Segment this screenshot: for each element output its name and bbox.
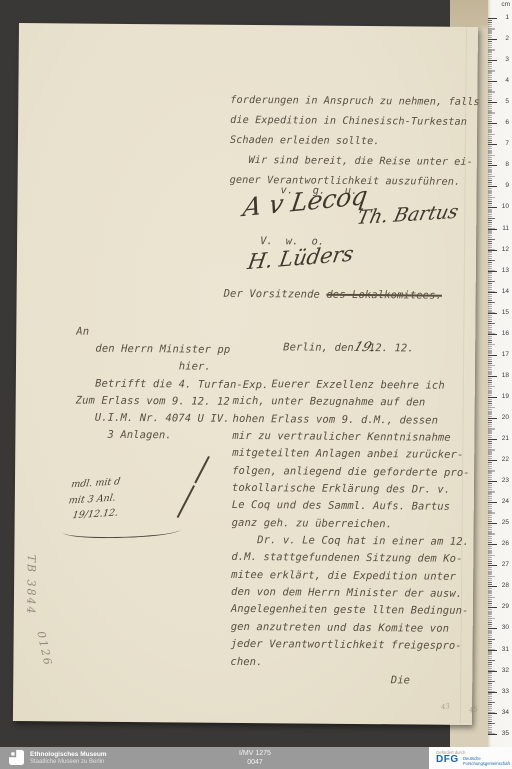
ruler-cm-mark-3: 3: [488, 56, 512, 65]
date-day-handwritten: 19.: [351, 340, 371, 355]
ruler-cm-mark-27: 27: [488, 561, 512, 570]
archive-page-number: 0047: [228, 758, 282, 767]
chairman-prefix: Der Vorsitzende: [224, 288, 327, 301]
margin-slash-mark-1: [194, 456, 209, 483]
dfg-logo-icon: DFG: [436, 754, 459, 765]
ruler-cm-mark-14: 14: [488, 288, 512, 297]
archive-reference-number: I/MV 1275: [228, 749, 282, 758]
ruler-cm-mark-25: 25: [488, 519, 512, 528]
ruler-cm-mark-5: 5: [488, 98, 512, 107]
pencil-archive-number-vertical: TB 3844: [24, 555, 38, 617]
ruler-cm-mark-23: 23: [488, 477, 512, 486]
ruler-cm-mark-17: 17: [488, 351, 512, 360]
chairman-struck-text: des Lokalkomitees.: [326, 289, 442, 302]
ruler-cm-mark-29: 29: [488, 603, 512, 612]
ruler-cm-mark-11: 11: [488, 225, 512, 234]
ruler-cm-mark-6: 6: [488, 119, 512, 128]
signature-bartus: Th. Bartus: [355, 201, 461, 230]
pencil-folio-number-vertical: 0126: [34, 630, 58, 686]
ruler-cm-mark-18: 18: [488, 372, 512, 381]
ruler-cm-mark-26: 26: [488, 540, 512, 549]
dfg-full-name: Deutsche Forschungsgemeinschaft: [463, 756, 510, 766]
ruler-cm-mark-22: 22: [488, 456, 512, 465]
scanned-archive-page: { "letter": { "upper_paragraph": [ "ford…: [0, 0, 512, 769]
measurement-ruler: cm 1234567891011121314151617181920212223…: [488, 0, 512, 747]
margin-slash-mark-2: [177, 485, 195, 518]
ruler-cm-mark-34: 34: [488, 709, 512, 718]
museum-subtitle: Staatliche Museen zu Berlin: [30, 759, 107, 766]
ruler-cm-mark-28: 28: [488, 582, 512, 591]
ruler-cm-mark-2: 2: [488, 35, 512, 44]
chairman-line: Der Vorsitzende des Lokalkomitees.: [224, 288, 442, 302]
ruler-cm-mark-1: 1: [488, 14, 512, 23]
ruler-cm-mark-20: 20: [488, 414, 512, 423]
museum-logo-icon: [9, 750, 24, 765]
ruler-cm-mark-9: 9: [488, 182, 512, 191]
museum-title-block: Ethnologisches Museum Staatliche Museen …: [30, 751, 107, 766]
ruler-cm-mark-24: 24: [488, 498, 512, 507]
ruler-cm-mark-21: 21: [488, 435, 512, 444]
typed-paragraph-upper: forderungen in Anspruch zu nehmen, falls…: [230, 91, 480, 193]
ruler-cm-mark-12: 12: [488, 246, 512, 255]
museum-name: Ethnologisches Museum: [30, 751, 107, 758]
date-prefix: Berlin, den: [283, 341, 354, 354]
ruler-cm-mark-15: 15: [488, 309, 512, 318]
ruler-cm-mark-19: 19: [488, 393, 512, 402]
ruler-cm-mark-31: 31: [488, 646, 512, 655]
ruler-unit-label: cm: [501, 1, 510, 8]
ruler-cm-mark-30: 30: [488, 624, 512, 633]
dfg-name-line2: Forschungsgemeinschaft: [463, 761, 510, 766]
date-line: Berlin, den19.12. 12.: [283, 339, 414, 355]
ruler-cm-mark-33: 33: [488, 688, 512, 697]
letter-page: forderungen in Anspruch zu nehmen, falls…: [13, 23, 478, 725]
pencil-faint-mark-1: 43: [441, 702, 451, 711]
ruler-cm-mark-7: 7: [488, 140, 512, 149]
ruler-cm-mark-13: 13: [488, 267, 512, 276]
ruler-cm-mark-32: 32: [488, 667, 512, 676]
ruler-cm-mark-8: 8: [488, 161, 512, 170]
dfg-logo-box: Gefördert durch DFG Deutsche Forschungsg…: [429, 747, 512, 769]
ruler-cm-mark-16: 16: [488, 330, 512, 339]
footer-bar: Ethnologisches Museum Staatliche Museen …: [0, 747, 512, 769]
ruler-cm-mark-4: 4: [488, 77, 512, 86]
pencil-faint-mark-2: 45: [469, 705, 479, 714]
ruler-cm-mark-35: 35: [488, 730, 512, 739]
ruler-cm-mark-10: 10: [488, 203, 512, 212]
handwritten-margin-note: mdl. mit d mit 3 Anl. 19/12.12.: [65, 474, 123, 524]
margin-note-flourish: [62, 522, 180, 539]
archive-reference: I/MV 1275 0047: [228, 749, 282, 767]
typed-body-paragraphs: Euerer Exzellenz beehre ich mich, unter …: [230, 376, 470, 690]
